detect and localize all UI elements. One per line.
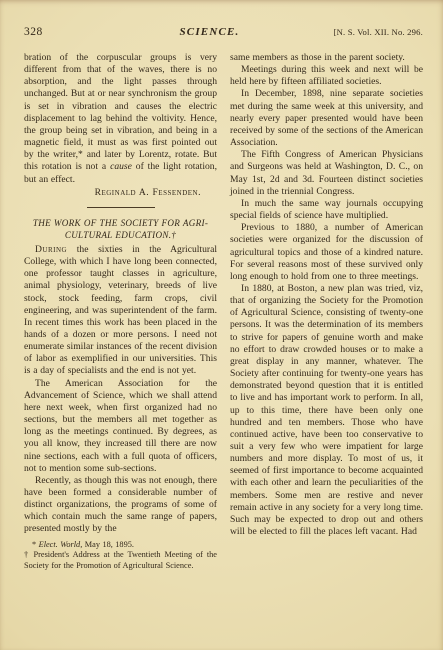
paragraph: Recently, as though this was not enough,… <box>24 475 217 536</box>
journal-page: 328 SCIENCE. [N. S. Vol. XII. No. 296. b… <box>0 0 443 650</box>
footnote-source: Elect. World, <box>39 540 83 549</box>
paragraph-fessenden-continuation: bration of the corpuscular groups is ver… <box>24 52 217 186</box>
section-title-line1: THE WORK OF THE SOCIETY FOR AGRI- <box>24 217 217 230</box>
section-title-line2: CULTURAL EDUCATION.† <box>24 229 217 242</box>
paragraph-text: the sixties in the Agricultural College,… <box>24 244 217 377</box>
paragraph: Previous to 1880, a number of American s… <box>230 222 423 283</box>
right-column: same members as those in the parent soci… <box>230 52 423 571</box>
author-name: Reginald A. Fessenden. <box>95 187 201 198</box>
footnotes: * Elect. World, May 18, 1895. † Presiden… <box>24 540 217 572</box>
paragraph: In 1880, at Boston, a new plan was tried… <box>230 283 423 538</box>
footnote-marker: * <box>32 540 39 549</box>
paragraph: The American Association for the Advance… <box>24 378 217 475</box>
author-signature: Reginald A. Fessenden. <box>24 187 217 199</box>
footnote-2: † President's Address at the Twentieth M… <box>24 550 217 571</box>
italic-word: cause <box>110 161 132 172</box>
left-column: bration of the corpuscular groups is ver… <box>24 52 217 571</box>
footnote-text: May 18, 1895. <box>82 540 134 549</box>
page-header: 328 SCIENCE. [N. S. Vol. XII. No. 296. <box>24 26 423 42</box>
lead-word: During <box>35 244 67 255</box>
text-columns: bration of the corpuscular groups is ver… <box>24 52 423 571</box>
paragraph: In much the same way journals occupying … <box>230 198 423 222</box>
footnote-1: * Elect. World, May 18, 1895. <box>24 540 217 551</box>
paragraph: In December, 1898, nine separate societi… <box>230 88 423 149</box>
paragraph: same members as those in the parent soci… <box>230 52 423 64</box>
paragraph-text: bration of the corpuscular groups is ver… <box>24 52 217 172</box>
section-title: THE WORK OF THE SOCIETY FOR AGRI- CULTUR… <box>24 217 217 242</box>
paragraph: Meetings during this week and next will … <box>230 64 423 88</box>
section-divider <box>87 207 155 208</box>
journal-title: SCIENCE. <box>24 26 395 38</box>
paragraph: The Fifth Congress of American Physician… <box>230 149 423 198</box>
paragraph: During the sixties in the Agricultural C… <box>24 244 217 378</box>
